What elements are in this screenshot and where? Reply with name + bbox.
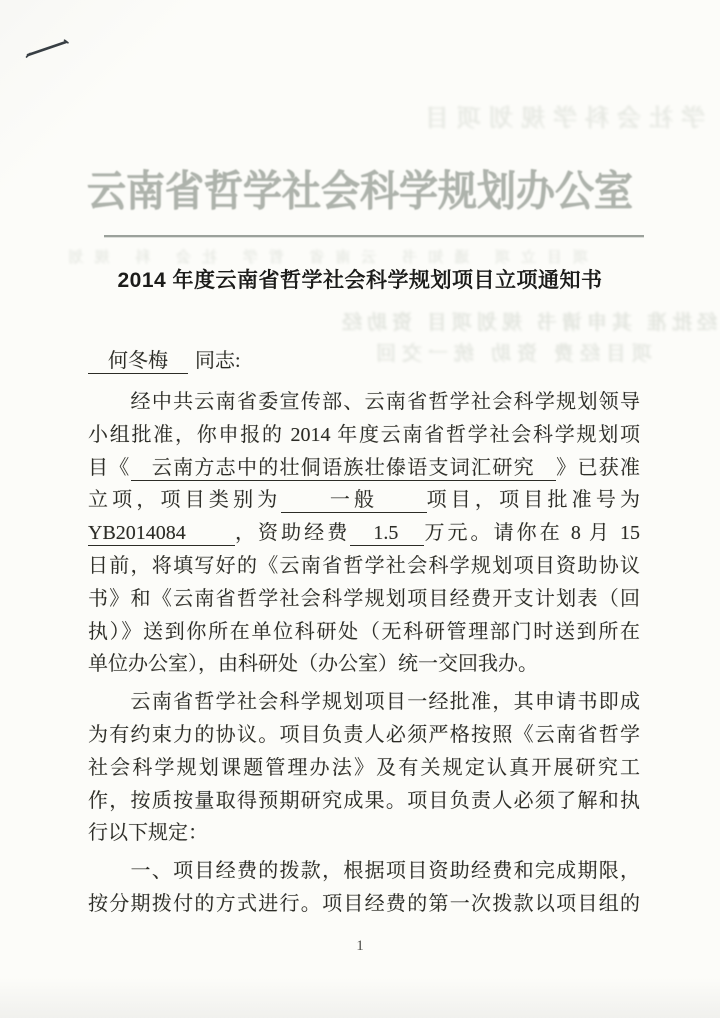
text-segment: 小组批准，你申报的 2014 年度云南省哲学社会科学规划项 [88, 424, 640, 446]
pen-stroke-mark [22, 34, 74, 62]
text-line: 单位办公室），由科研处（办公室）统一交回我办。 [88, 648, 640, 681]
filled-blank: 1.5 [350, 522, 424, 546]
filled-blank: YB2014084 [88, 522, 235, 546]
document-title: 2014 年度云南省哲学社会科学规划项目立项通知书 [0, 264, 720, 294]
text-line: 按分期拨付的方式进行。项目经费的第一次拨款以项目组的 [88, 888, 640, 921]
text-segment: 经中共云南省委宣传部、云南省哲学社会科学规划领导 [88, 391, 640, 413]
letterhead-divider-rule [104, 235, 644, 237]
text-line: 作，按质按量取得预期研究成果。项目负责人必须了解和执 [88, 785, 640, 818]
text-segment: 日前，将填写好的《云南省哲学社会科学规划项目资助协议 [88, 555, 640, 577]
text-segment: 单位办公室），由科研处（办公室）统一交回我办。 [88, 653, 538, 675]
text-line: 为有约束力的协议。项目负责人必须严格按照《云南省哲学 [88, 719, 640, 752]
text-segment: 按分期拨付的方式进行。项目经费的第一次拨款以项目组的 [88, 893, 640, 915]
text-segment: 作，按质按量取得预期研究成果。项目负责人必须了解和执 [88, 790, 640, 812]
text-line: 经中共云南省委宣传部、云南省哲学社会科学规划领导 [88, 386, 640, 419]
text-segment: 目《 [88, 457, 131, 479]
text-line: 社会科学规划课题管理办法》及有关规定认真开展研究工 [88, 752, 640, 785]
text-segment: 》已获准 [556, 457, 640, 479]
text-segment: 书》和《云南省哲学社会科学规划项目经费开支计划表（回 [88, 588, 640, 610]
text-segment: 社会科学规划课题管理办法》及有关规定认真开展研究工 [88, 757, 640, 779]
text-line: 一、项目经费的拨款，根据项目资助经费和完成期限， [88, 855, 640, 888]
text-line: 日前，将填写好的《云南省哲学社会科学规划项目资助协议 [88, 550, 640, 583]
filled-blank: 云南方志中的壮侗语族壮傣语支词汇研究 [131, 457, 557, 481]
bleedthrough-text: 学社会科学规划项目 [375, 98, 705, 133]
text-segment: ，资助经费 [235, 522, 350, 544]
text-line: 书》和《云南省哲学社会科学规划项目经费开支计划表（回 [88, 583, 640, 616]
text-line: 云南省哲学社会科学规划项目一经批准，其申请书即成 [88, 686, 640, 719]
scanned-document-page: 学社会科学规划项目 项目立项 通知书 云南省 哲学 社会 科 规划 经批准 其申… [0, 0, 720, 1018]
letterhead: 云南省哲学社会科学规划办公室 [0, 160, 720, 216]
text-segment: 执）》送到你所在单位科研处（无科研管理部门时送到所在 [88, 621, 640, 643]
text-line: YB2014084 ，资助经费 1.5 万元。请你在 8 月 15 [88, 517, 640, 550]
text-segment: 项目，项目批准号为 [427, 489, 640, 511]
letterhead-office-name: 云南省哲学社会科学规划办公室 [87, 158, 633, 218]
text-segment: 为有约束力的协议。项目负责人必须严格按照《云南省哲学 [88, 724, 640, 746]
salutation-suffix: 同志: [195, 350, 241, 372]
recipient-name-filled-blank: 何冬梅 [88, 350, 188, 374]
page-number: 1 [0, 938, 720, 955]
body-text: 经中共云南省委宣传部、云南省哲学社会科学规划领导小组批准，你申报的 2014 年… [88, 386, 640, 921]
text-segment: 一、项目经费的拨款，根据项目资助经费和完成期限， [88, 860, 640, 882]
text-line: 执）》送到你所在单位科研处（无科研管理部门时送到所在 [88, 616, 640, 649]
text-line: 立项，项目类别为 一般 项目，项目批准号为 [88, 484, 640, 517]
text-segment: 万元。请你在 8 月 15 [424, 522, 640, 544]
text-segment: 立项，项目类别为 [88, 489, 281, 511]
bleedthrough-text: 经批准 其申请书 规划项目 资助经 [352, 306, 717, 335]
filled-blank: 一般 [281, 489, 426, 513]
text-line: 小组批准，你申报的 2014 年度云南省哲学社会科学规划项 [88, 419, 640, 452]
document-body: 何冬梅 同志: 经中共云南省委宣传部、云南省哲学社会科学规划领导小组批准，你申报… [88, 344, 640, 921]
salutation-line: 何冬梅 同志: [88, 344, 640, 378]
text-segment: 云南省哲学社会科学规划项目一经批准，其申请书即成 [88, 691, 640, 713]
text-segment: 行以下规定： [88, 822, 208, 844]
text-line: 目《 云南方志中的壮侗语族壮傣语支词汇研究 》已获准 [88, 452, 640, 485]
text-line: 行以下规定： [88, 817, 640, 850]
